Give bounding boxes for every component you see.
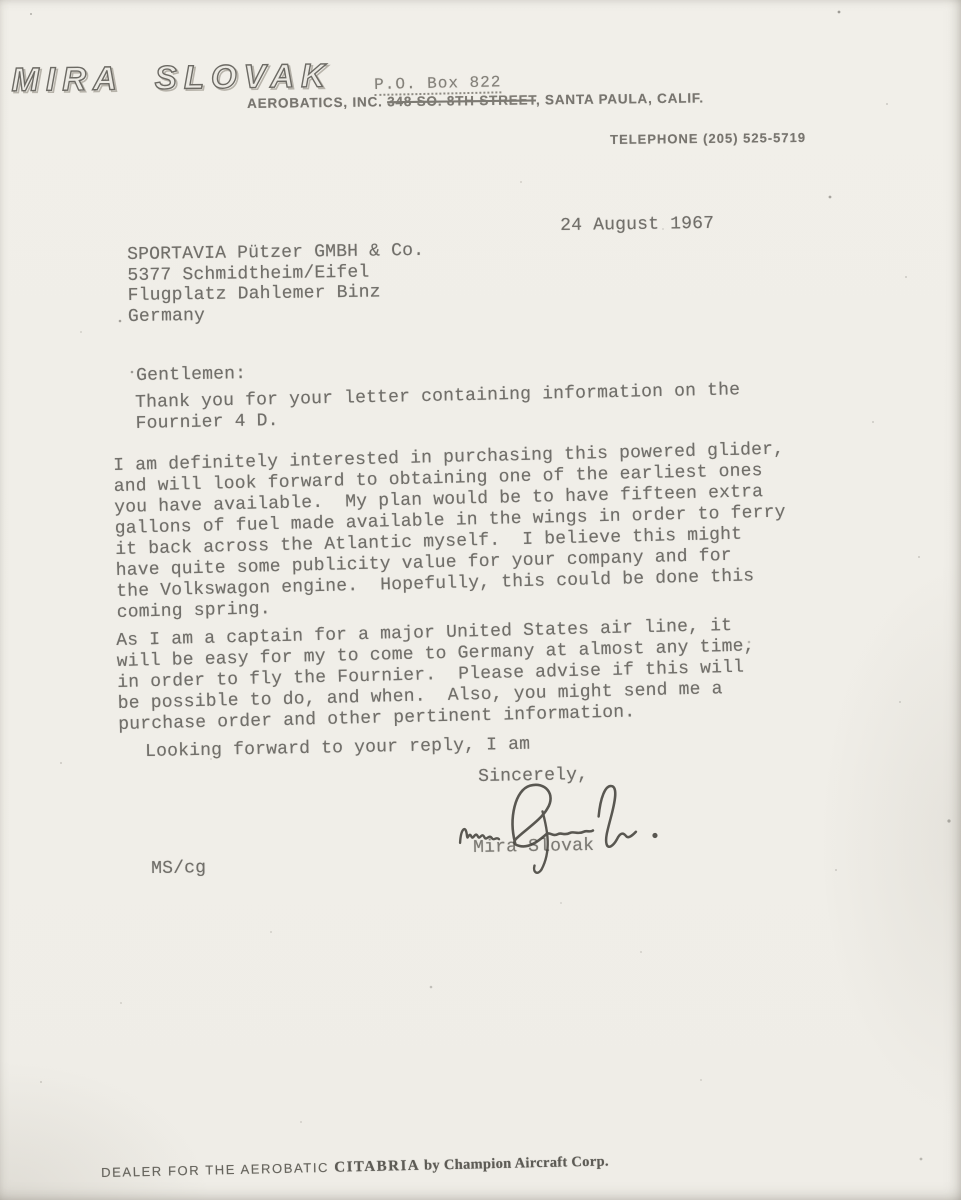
paper-speckles xyxy=(0,0,2,2)
closing-line: Looking forward to your reply, I am xyxy=(145,735,530,763)
typist-initials: MS/cg xyxy=(151,858,206,880)
letterhead-name-text: MIRA SLOVAK xyxy=(11,56,332,97)
company-name: AEROBATICS, INC. xyxy=(247,94,387,111)
body-paragraph-1: Thank you for your letter containing inf… xyxy=(135,380,741,435)
signature xyxy=(452,777,669,884)
salutation: Gentlemen: xyxy=(136,364,246,387)
signature-scrawl xyxy=(452,777,669,879)
telephone-line: TELEPHONE (205) 525-5719 xyxy=(610,130,806,147)
recipient-address: SPORTAVIA Pützer GMBH & Co. 5377 Schmidt… xyxy=(127,241,425,327)
city-state: , SANTA PAULA, CALIF. xyxy=(536,90,704,107)
dealer-footer-prefix: DEALER FOR THE AEROBATIC xyxy=(101,1160,334,1180)
body-paragraph-3: As I am a captain for a major United Sta… xyxy=(116,615,756,736)
date-line: 24 August 1967 xyxy=(560,214,714,237)
dealer-footer: DEALER FOR THE AEROBATIC CITABRIA by Cha… xyxy=(101,1152,609,1182)
body-paragraph-2: I am definitely interested in purchasing… xyxy=(113,440,788,624)
dealer-footer-suffix: by Champion Aircraft Corp. xyxy=(420,1153,609,1173)
scanned-letter-page: MIRA SLOVAK MIRA SLOVAK P.O. Box 822 AER… xyxy=(0,0,961,1200)
struck-street-address: 348 SO. 8TH STREET xyxy=(387,92,536,109)
aircraft-name: CITABRIA xyxy=(334,1158,420,1176)
